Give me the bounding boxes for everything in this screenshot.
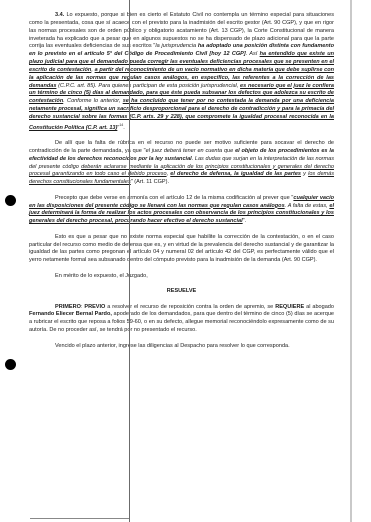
paragraph-precepto: Precepto que debe verse en armonía con e… (29, 195, 334, 226)
text-segment: . (123, 125, 125, 131)
text-segment: (C.P.C. art. 85). Para quienes participa… (56, 83, 240, 89)
text-segment: " (Art. 11 CGP). (131, 179, 169, 185)
paragraph-vencido: Vencido el plazo anterior, ingrese las d… (29, 343, 334, 351)
text-segment: 3.4. (55, 12, 64, 18)
text-segment: la jurisprudencia (155, 43, 197, 49)
text-segment: . Así (246, 51, 260, 57)
scanned-document-page: 3.4. Lo expuesto, porque si bien es cier… (0, 0, 371, 522)
text-segment: Esto es que a pesar que no existe norma … (29, 234, 334, 264)
text-segment: el derecho de defensa, la igualdad de la… (170, 171, 301, 177)
paragraph-3-4: 3.4. Lo expuesto, porque si bien es cier… (29, 12, 334, 133)
punch-hole (5, 359, 16, 370)
paragraph-primero: PRIMERO: PREVIO a resolver el recurso de… (29, 304, 334, 335)
text-segment: . A falta de estas, (285, 203, 330, 209)
resuelve-heading: RESUELVE (29, 288, 334, 296)
paragraph-esto-es: Esto es que a pesar que no existe norma … (29, 234, 334, 265)
text-segment: REQUIERE (275, 304, 304, 310)
text-segment: En mérito de lo expuesto, el Juzgado, (55, 273, 148, 279)
scan-edge-line (350, 0, 352, 522)
fold-line (129, 0, 130, 522)
text-segment: Fernando Eliecer Bernal Pardo, (29, 311, 112, 317)
signature-rule (30, 518, 129, 519)
text-segment: PRIMERO (55, 304, 81, 310)
paragraph-merito: En mérito de lo expuesto, el Juzgado, (29, 273, 334, 281)
text-segment: PREVIO (84, 304, 105, 310)
text-segment: el juez deberá tener en cuenta que (146, 148, 235, 154)
text-segment: . Conforme lo anterior, (63, 98, 122, 104)
text-segment: Precepto que debe verse en armonía con e… (55, 195, 293, 201)
text-segment: al abogado (304, 304, 334, 310)
text-segment: a resolver el recurso de reposición cont… (105, 304, 275, 310)
punch-hole (5, 195, 16, 206)
paragraph-falta-rubrica: De allí que la falta de rúbrica en el re… (29, 140, 334, 187)
document-body: 3.4. Lo expuesto, porque si bien es cier… (29, 12, 334, 358)
text-segment: Vencido el plazo anterior, ingrese las d… (55, 343, 290, 349)
text-segment: ". (243, 218, 247, 224)
